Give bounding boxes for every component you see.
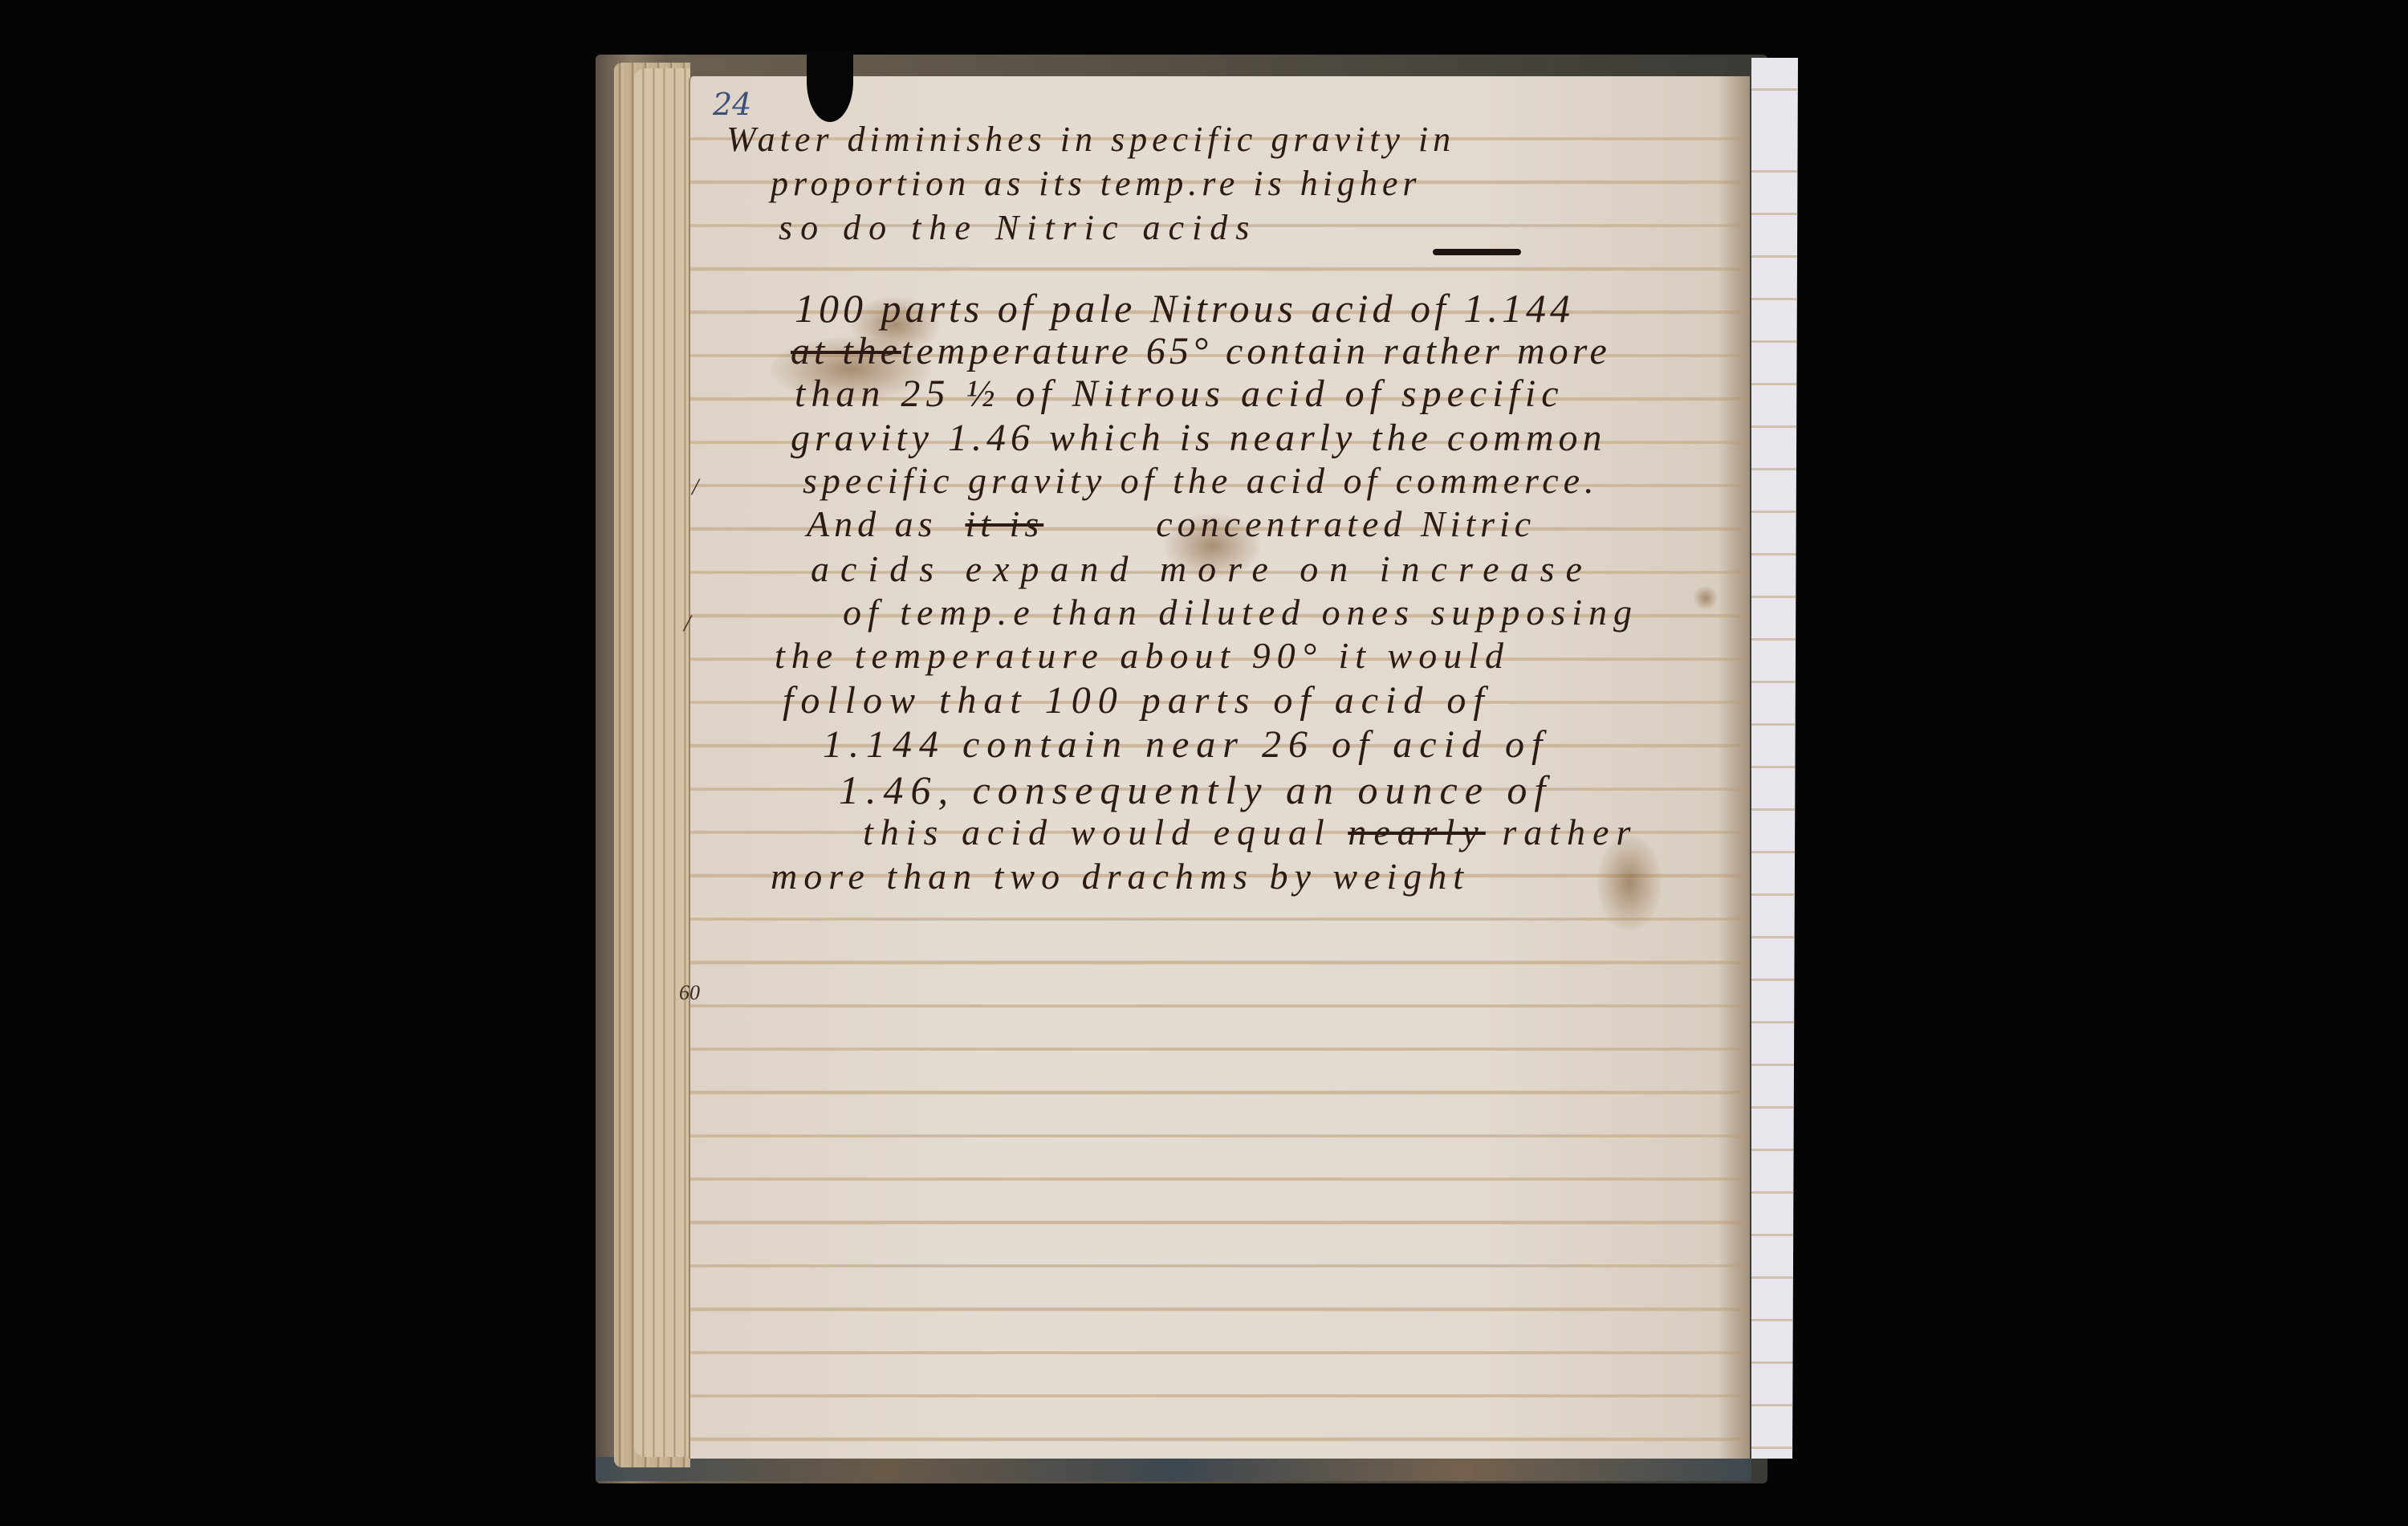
facing-page-strip (1751, 58, 1798, 1459)
margin-mark: / (692, 474, 698, 501)
text-line: 1.144 contain near 26 of acid of (823, 722, 1549, 767)
flyleaf-pages (634, 68, 690, 1457)
line-text: temperature 65° contain rather more (901, 330, 1611, 372)
line-text: concentrated Nitric (1156, 503, 1536, 544)
text-line: this acid would equal nearly rather (863, 811, 1637, 853)
text-line: of temp.e than diluted ones supposing (843, 591, 1638, 633)
margin-mark: / (684, 610, 690, 637)
struck-text: it is (966, 503, 1044, 544)
text-line: at thetemperature 65° contain rather mor… (791, 329, 1611, 373)
text-line: the temperature about 90° it would (775, 634, 1510, 677)
separator-dash (1433, 249, 1521, 255)
struck-text: at the (791, 330, 901, 372)
text-line: more than two drachms by weight (771, 855, 1470, 897)
ink-blot (1694, 586, 1718, 610)
text-line: specific gravity of the acid of commerce… (803, 459, 1599, 502)
text-line: proportion as its temp.re is higher (771, 163, 1422, 204)
text-line: And as it is concentrated Nitric (807, 503, 1536, 545)
text-line: 100 parts of pale Nitrous acid of 1.144 (795, 285, 1574, 332)
text-line: gravity 1.46 which is nearly the common (791, 416, 1607, 460)
page-number: 24 (713, 87, 751, 122)
line-text: rather (1502, 812, 1637, 853)
text-line: follow that 100 parts of acid of (783, 678, 1491, 722)
text-line: so do the Nitric acids (779, 207, 1257, 248)
struck-text: nearly (1348, 812, 1486, 853)
text-line: 1.46, consequently an ounce of (839, 767, 1552, 813)
line-text: this acid would equal (863, 812, 1332, 853)
text-line: acids expand more on increase (811, 547, 1593, 590)
text-line: than 25 ½ of Nitrous acid of specific (795, 372, 1564, 416)
text-line: Water diminishes in specific gravity in (726, 119, 1455, 160)
cover-bottom-edge (596, 1457, 1751, 1481)
margin-mark: 60 (679, 981, 700, 1005)
gutter-shadow (1718, 76, 1750, 1459)
line-text: And as (807, 503, 938, 544)
